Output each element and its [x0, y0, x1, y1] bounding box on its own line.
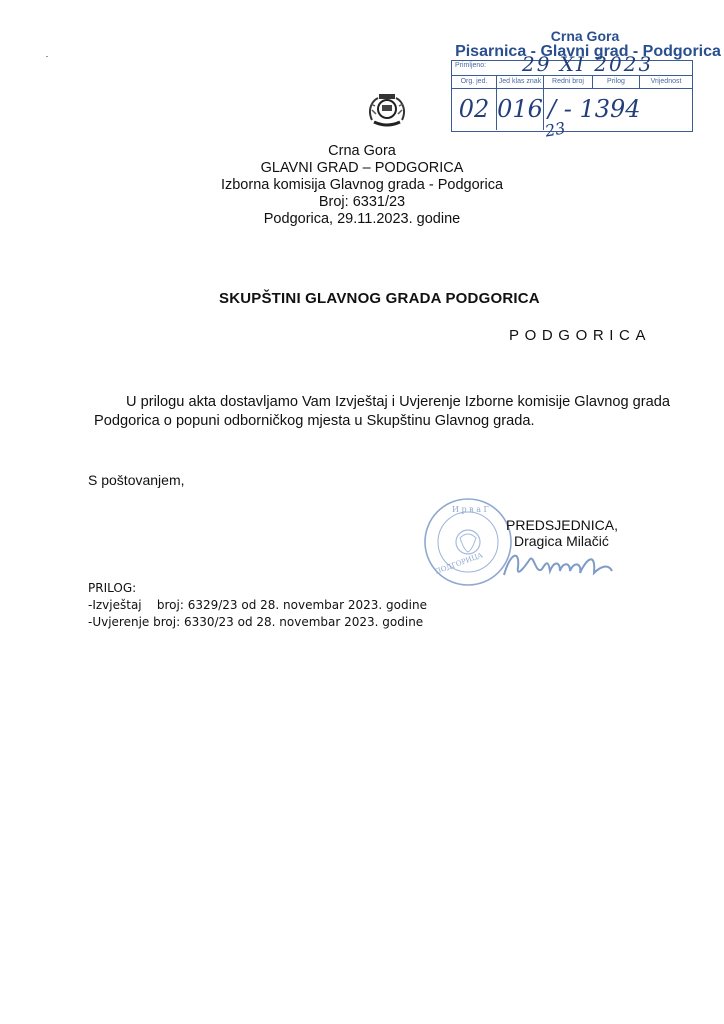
stamp-col-attachment: Prilog — [593, 76, 640, 88]
stamp-col-class: Jed klas znak — [497, 76, 544, 88]
stamp-received-date: 29 XI 2023 — [522, 52, 653, 76]
stamp-received-label: Primljeno: — [455, 62, 486, 69]
stamp-col-org: Org. jed. — [452, 76, 497, 88]
signatory-title: PREDSJEDNICA, — [506, 517, 618, 533]
header-commission: Izborna komisija Glavnog grada - Podgori… — [180, 177, 544, 194]
registry-stamp: Primljeno: 29 XI 2023 Org. jed. Jed klas… — [451, 60, 693, 132]
header-country: Crna Gora — [180, 143, 544, 160]
addressee-recipient: SKUPŠTINI GLAVNOG GRADA PODGORICA — [219, 290, 540, 307]
stamp-received-row: Primljeno: 29 XI 2023 — [452, 61, 692, 76]
stamp-country: Crna Gora — [500, 28, 670, 44]
attachments-list: PRILOG: -Izvještaj broj: 6329/23 od 28. … — [88, 580, 427, 631]
stamp-class-mark: 016 — [497, 89, 544, 130]
svg-text:И р в а Г: И р в а Г — [452, 505, 489, 514]
header-city-authority: GLAVNI GRAD – PODGORICA — [180, 160, 544, 177]
attachments-label: PRILOG: — [88, 580, 427, 597]
stamp-org-unit: 02 — [452, 89, 497, 130]
stamp-value-empty — [638, 89, 692, 130]
addressee-city: PODGORICA — [509, 327, 651, 344]
header-place-date: Podgorica, 29.11.2023. godine — [180, 211, 544, 228]
stamp-col-serial: Redni broj — [544, 76, 593, 88]
stamp-column-headers: Org. jed. Jed klas znak Redni broj Prilo… — [452, 76, 692, 89]
body-paragraph: U prilogu akta dostavljamo Vam Izvještaj… — [94, 393, 684, 431]
svg-text:ПОДГОРИЦА: ПОДГОРИЦА — [434, 551, 484, 576]
attachment-item: -Uvjerenje broj: 6330/23 od 28. novembar… — [88, 614, 427, 631]
stamp-values-row: 02 016 / - 1394 — [452, 89, 692, 130]
attachment-item: -Izvještaj broj: 6329/23 od 28. novembar… — [88, 597, 427, 614]
handwritten-signature-icon — [500, 545, 620, 583]
coat-of-arms-icon — [366, 90, 408, 128]
scan-speck — [46, 56, 48, 57]
header-number: Broj: 6331/23 — [180, 194, 544, 211]
stamp-sub-number: 23 — [544, 118, 567, 140]
stamp-col-value: Vrijednost — [640, 76, 692, 88]
closing-greeting: S poštovanjem, — [88, 472, 185, 488]
